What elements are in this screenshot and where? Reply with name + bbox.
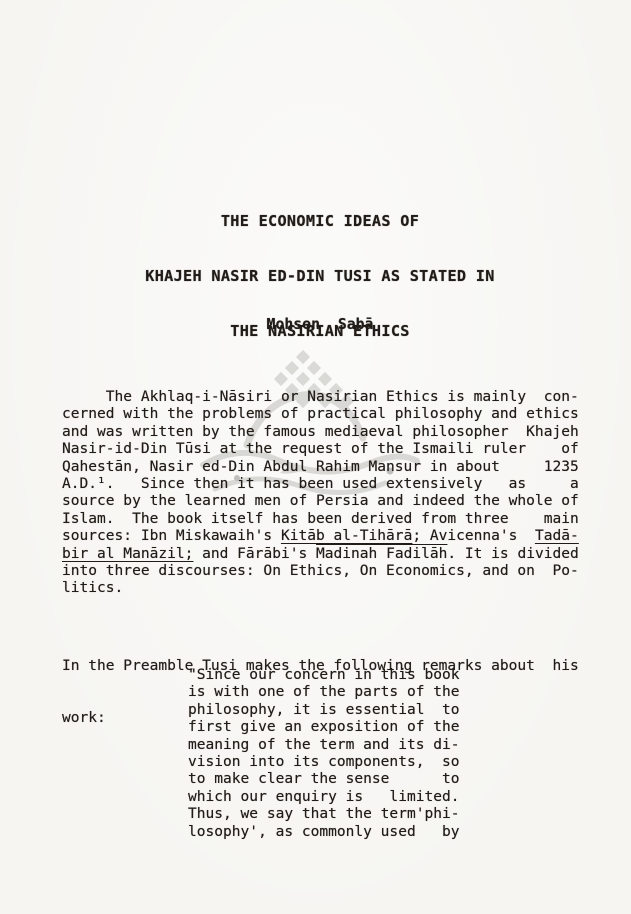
document-title: THE ECONOMIC IDEAS OF KHAJEH NASIR ED-DI… [50, 175, 590, 377]
quote-line: vision into its components, so [188, 753, 460, 770]
text-segment: . It is divided [447, 545, 578, 562]
text-line: The Akhlaq-i-Nāsiri or Nasirian Ethics i… [62, 388, 579, 405]
text-segment: Islam. The book itself has been derived … [62, 510, 579, 527]
text-line: Qahestān, Nasir ed-Din Abdul Rahim Mansu… [62, 458, 579, 475]
text-segment: sources: Ibn Miskawaih's [62, 527, 281, 544]
text-segment: litics. [62, 579, 123, 596]
text-line: bir al Manāzil; and Fārābi's Madinah Fad… [62, 545, 579, 562]
text-line: sources: Ibn Miskawaih's Kitāb al-Tihārā… [62, 527, 579, 544]
text-segment: The Akhlaq-i-Nāsiri or Nasirian Ethics i… [62, 388, 579, 405]
quote-line: to make clear the sense to [188, 770, 460, 787]
text-line: cerned with the problems of practical ph… [62, 405, 579, 422]
text-segment: ; Avicenna's [412, 527, 535, 544]
text-segment: and Fārābi's [193, 545, 316, 562]
quote-line: losophy', as commonly used by [188, 823, 460, 840]
text-segment: and was written by the famous mediaeval … [62, 423, 579, 440]
text-line: into three discourses: On Ethics, On Eco… [62, 562, 579, 579]
title-line: THE ECONOMIC IDEAS OF [50, 212, 590, 230]
book-title-text: bir al Manāzil; [62, 545, 193, 562]
text-line: source by the learned men of Persia and … [62, 492, 579, 509]
quote-line: is with one of the parts of the [188, 683, 460, 700]
title-line: KHAJEH NASIR ED-DIN TUSI AS STATED IN [50, 267, 590, 285]
text-segment: Nasir-id-Din Tūsi at the request of the … [62, 440, 579, 457]
document-page: THE ECONOMIC IDEAS OF KHAJEH NASIR ED-DI… [0, 0, 631, 914]
text-line: and was written by the famous mediaeval … [62, 423, 579, 440]
block-quotation: "Since our concern in this bookis with o… [188, 666, 460, 840]
quote-line: meaning of the term and its di- [188, 736, 460, 753]
text-segment: source by the learned men of Persia and … [62, 492, 579, 509]
text-segment: cerned with the problems of practical ph… [62, 405, 579, 422]
text-segment: A.D.¹. Since then it has been used exten… [62, 475, 579, 492]
text-line: litics. [62, 579, 579, 596]
text-line: Islam. The book itself has been derived … [62, 510, 579, 527]
quote-line: first give an exposition of the [188, 718, 460, 735]
text-line: A.D.¹. Since then it has been used exten… [62, 475, 579, 492]
text-segment: into three discourses: On Ethics, On Eco… [62, 562, 579, 579]
book-title-text: Madinah Fadilāh [316, 545, 447, 562]
quote-line: "Since our concern in this book [188, 666, 460, 683]
quote-line: Thus, we say that the term'phi- [188, 805, 460, 822]
text-line: Nasir-id-Din Tūsi at the request of the … [62, 440, 579, 457]
text-segment: Qahestān, Nasir ed-Din Abdul Rahim Mansu… [62, 458, 579, 475]
paragraph-akhlaq: The Akhlaq-i-Nāsiri or Nasirian Ethics i… [62, 388, 579, 597]
book-title-text: Kitāb al-Tihārā [281, 527, 412, 544]
book-title-text: Tadā- [535, 527, 579, 544]
author-name: Mohsen Sabā [50, 316, 590, 333]
quote-line: philosophy, it is essential to [188, 701, 460, 718]
quote-line: which our enquiry is limited. [188, 788, 460, 805]
